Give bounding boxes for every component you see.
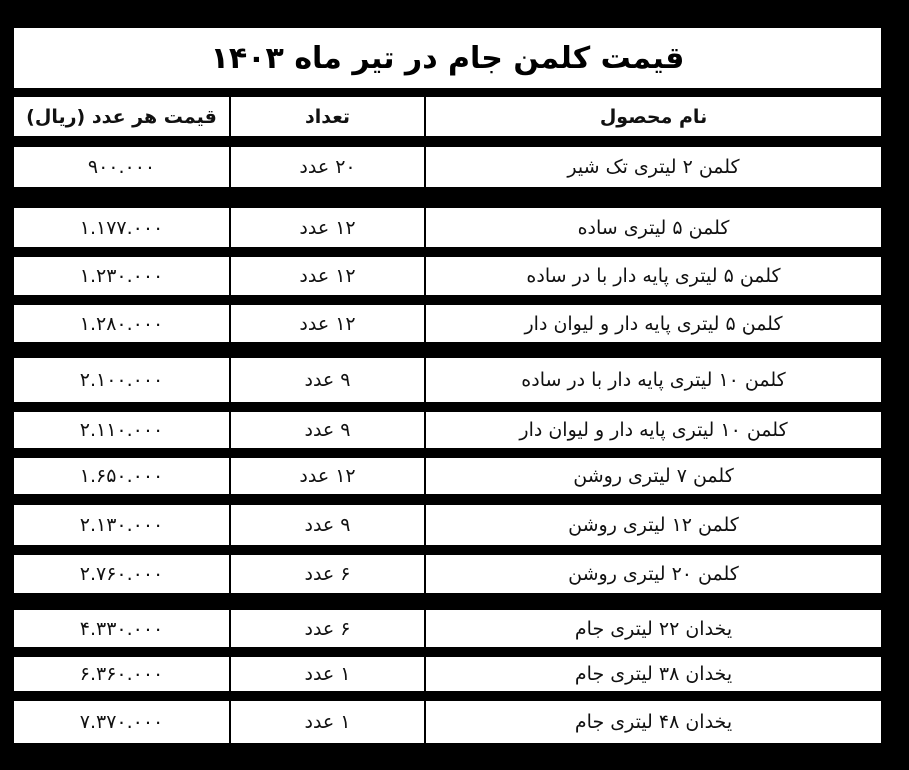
table-row: ۱.۲۸۰.۰۰۰ ۱۲ عدد کلمن ۵ لیتری پایه دار و…	[14, 305, 881, 342]
price-cell: ۱.۱۷۷.۰۰۰	[14, 208, 229, 247]
table-row: ۲.۱۰۰.۰۰۰ ۹ عدد کلمن ۱۰ لیتری پایه دار ب…	[14, 358, 881, 402]
table-row: ۷.۳۷۰.۰۰۰ ۱ عدد یخدان ۴۸ لیتری جام	[14, 701, 881, 743]
quantity-cell: ۹ عدد	[231, 358, 424, 402]
table-row: ۹۰۰.۰۰۰ ۲۰ عدد کلمن ۲ لیتری تک شیر	[14, 147, 881, 187]
price-cell: ۱.۶۵۰.۰۰۰	[14, 458, 229, 494]
name-cell: کلمن ۱۰ لیتری پایه دار و لیوان دار	[426, 412, 881, 448]
name-cell: کلمن ۷ لیتری روشن	[426, 458, 881, 494]
header-price: قیمت هر عدد (ریال)	[14, 97, 229, 136]
quantity-cell: ۹ عدد	[231, 505, 424, 545]
quantity-cell: ۱۲ عدد	[231, 208, 424, 247]
name-cell: کلمن ۱۲ لیتری روشن	[426, 505, 881, 545]
table-header: قیمت هر عدد (ریال) تعداد نام محصول	[14, 97, 881, 136]
name-cell: کلمن ۲ لیتری تک شیر	[426, 147, 881, 187]
name-cell: کلمن ۵ لیتری پایه دار با در ساده	[426, 257, 881, 295]
table-row: ۱.۲۳۰.۰۰۰ ۱۲ عدد کلمن ۵ لیتری پایه دار ب…	[14, 257, 881, 295]
table-row: ۲.۱۱۰.۰۰۰ ۹ عدد کلمن ۱۰ لیتری پایه دار و…	[14, 412, 881, 448]
table-row: ۱.۱۷۷.۰۰۰ ۱۲ عدد کلمن ۵ لیتری ساده	[14, 208, 881, 247]
price-cell: ۹۰۰.۰۰۰	[14, 147, 229, 187]
quantity-cell: ۹ عدد	[231, 412, 424, 448]
price-cell: ۷.۳۷۰.۰۰۰	[14, 701, 229, 743]
name-cell: یخدان ۲۲ لیتری جام	[426, 610, 881, 647]
quantity-cell: ۲۰ عدد	[231, 147, 424, 187]
name-cell: کلمن ۵ لیتری پایه دار و لیوان دار	[426, 305, 881, 342]
quantity-cell: ۶ عدد	[231, 610, 424, 647]
name-cell: کلمن ۱۰ لیتری پایه دار با در ساده	[426, 358, 881, 402]
title-banner: قیمت کلمن جام در تیر ماه ۱۴۰۳	[14, 28, 881, 88]
quantity-cell: ۱۲ عدد	[231, 458, 424, 494]
price-cell: ۱.۲۳۰.۰۰۰	[14, 257, 229, 295]
table-row: ۱.۶۵۰.۰۰۰ ۱۲ عدد کلمن ۷ لیتری روشن	[14, 458, 881, 494]
name-cell: یخدان ۴۸ لیتری جام	[426, 701, 881, 743]
price-cell: ۱.۲۸۰.۰۰۰	[14, 305, 229, 342]
price-cell: ۲.۱۱۰.۰۰۰	[14, 412, 229, 448]
quantity-cell: ۱ عدد	[231, 701, 424, 743]
price-cell: ۴.۳۳۰.۰۰۰	[14, 610, 229, 647]
name-cell: کلمن ۵ لیتری ساده	[426, 208, 881, 247]
price-cell: ۶.۳۶۰.۰۰۰	[14, 657, 229, 691]
quantity-cell: ۱۲ عدد	[231, 257, 424, 295]
price-cell: ۲.۱۰۰.۰۰۰	[14, 358, 229, 402]
name-cell: کلمن ۲۰ لیتری روشن	[426, 555, 881, 593]
table-row: ۲.۱۳۰.۰۰۰ ۹ عدد کلمن ۱۲ لیتری روشن	[14, 505, 881, 545]
quantity-cell: ۱ عدد	[231, 657, 424, 691]
header-name: نام محصول	[426, 97, 881, 136]
header-quantity: تعداد	[231, 97, 424, 136]
table-row: ۴.۳۳۰.۰۰۰ ۶ عدد یخدان ۲۲ لیتری جام	[14, 610, 881, 647]
page-title: قیمت کلمن جام در تیر ماه ۱۴۰۳	[211, 41, 685, 76]
price-cell: ۲.۱۳۰.۰۰۰	[14, 505, 229, 545]
name-cell: یخدان ۳۸ لیتری جام	[426, 657, 881, 691]
quantity-cell: ۶ عدد	[231, 555, 424, 593]
table-row: ۶.۳۶۰.۰۰۰ ۱ عدد یخدان ۳۸ لیتری جام	[14, 657, 881, 691]
table-row: ۲.۷۶۰.۰۰۰ ۶ عدد کلمن ۲۰ لیتری روشن	[14, 555, 881, 593]
quantity-cell: ۱۲ عدد	[231, 305, 424, 342]
price-cell: ۲.۷۶۰.۰۰۰	[14, 555, 229, 593]
